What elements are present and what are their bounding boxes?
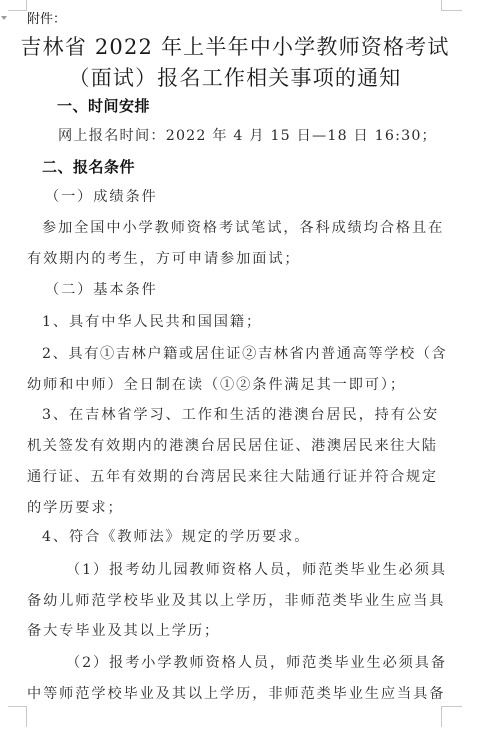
paragraph-marker-icon (1, 16, 7, 20)
paragraph-line: （2）报考小学教师资格人员，师范类毕业生必须具备 (66, 654, 447, 672)
registration-time: 网上报名时间：2022 年 4 月 15 日—18 日 16:30； (58, 127, 437, 145)
paragraph-line: 参加全国中小学教师资格考试笔试，各科成绩均合格且在 (42, 219, 444, 237)
paragraph-line: 通行证、五年有效期的台湾居民来往大陆通行证并符合规定 (27, 468, 437, 486)
subsection-heading-basic: （二）基本条件 (45, 281, 158, 299)
document-title-line1: 吉林省 2022 年上半年中小学教师资格考试 (0, 31, 470, 61)
subsection-heading-score: （一）成绩条件 (45, 188, 158, 206)
margin-corner-bottom-left (8, 706, 27, 727)
paragraph-line: 3、在吉林省学习、工作和生活的港澳台居民，持有公安 (42, 406, 439, 424)
paragraph-line: 备大专毕业及其以上学历； (27, 622, 220, 640)
condition-item-4: 4、符合《教师法》规定的学历要求。 (42, 528, 310, 546)
paragraph-line: 的学历要求； (27, 499, 124, 517)
document-title-line2: （面试）报名工作相关事项的通知 (0, 62, 470, 92)
margin-corner-bottom-right (441, 706, 462, 727)
paragraph-line: 2、具有①吉林户籍或居住证②吉林省内普通高等学校（含 (42, 345, 447, 363)
attachment-label: 附件： (27, 8, 66, 27)
section-heading-schedule: 一、时间安排 (57, 95, 150, 116)
paragraph-line: （1）报考幼儿园教师资格人员，师范类毕业生必须具 (66, 561, 447, 579)
paragraph-line: 备幼儿师范学校毕业及其以上学历，非师范类毕业生应当具 (27, 592, 445, 610)
paragraph-line: 机关签发有效期内的港澳台居民居住证、港澳居民来往大陆 (27, 437, 437, 455)
condition-item-1: 1、具有中华人民共和国国籍； (42, 313, 262, 331)
margin-corner-top-left (8, 0, 27, 11)
paragraph-line: 有效期内的考生，方可申请参加面试； (27, 250, 301, 268)
section-heading-conditions: 二、报名条件 (42, 156, 135, 177)
paragraph-line: 幼师和中师）全日制在读（①②条件满足其一即可）； (27, 376, 406, 394)
paragraph-line: 中等师范学校毕业及其以上学历，非师范类毕业生应当具备 (27, 685, 445, 703)
margin-corner-top-right (441, 0, 462, 11)
